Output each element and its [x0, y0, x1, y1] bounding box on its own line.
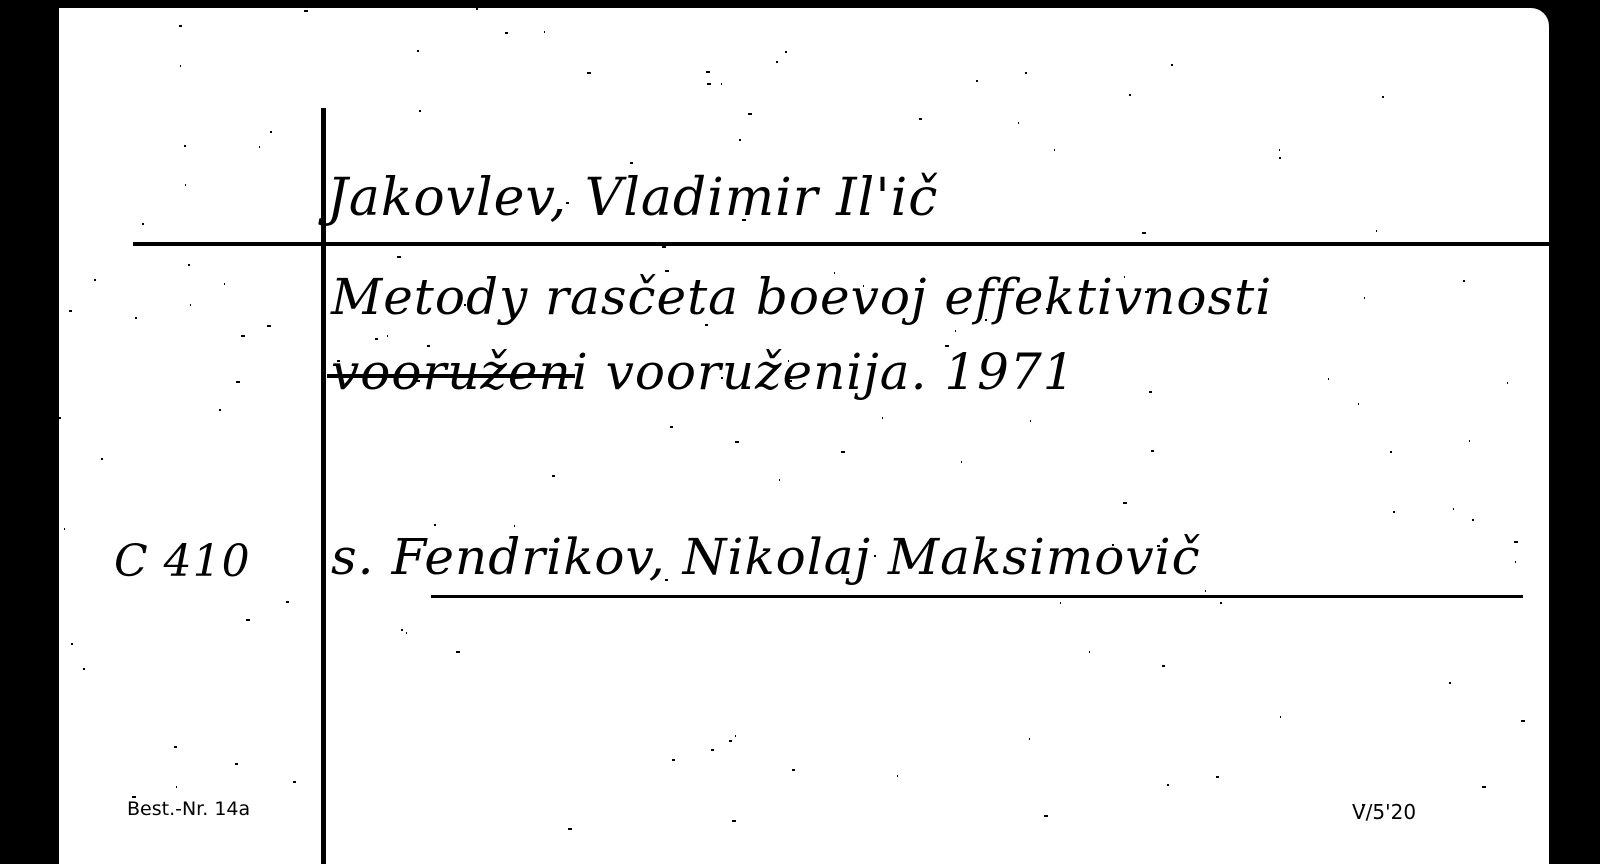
- speck: [241, 335, 245, 337]
- speck: [190, 304, 191, 306]
- speck: [1145, 291, 1149, 293]
- speck: [176, 786, 177, 788]
- speck: [776, 61, 778, 63]
- speck: [1279, 149, 1280, 151]
- speck: [1171, 64, 1173, 66]
- speck: [735, 735, 736, 737]
- speck: [387, 335, 388, 337]
- speck: [286, 601, 289, 603]
- speck: [224, 283, 225, 285]
- speck: [1205, 590, 1206, 592]
- catalog-card: Jakovlev, Vladimir Il'ič Metody rasčeta …: [59, 8, 1549, 864]
- speck: [706, 71, 710, 73]
- speck: [1376, 230, 1377, 232]
- speck: [59, 417, 61, 419]
- speck: [566, 202, 569, 204]
- speck: [1220, 602, 1222, 604]
- speck: [1142, 232, 1146, 234]
- speck: [897, 775, 898, 777]
- speck: [1507, 382, 1508, 384]
- speck: [841, 451, 845, 453]
- speck: [101, 458, 103, 460]
- speck: [71, 643, 73, 645]
- speck: [64, 528, 65, 530]
- speck: [721, 377, 723, 379]
- speck: [721, 83, 722, 85]
- speck: [711, 749, 714, 751]
- speck: [1124, 276, 1125, 278]
- speck: [434, 524, 436, 526]
- speck: [397, 256, 401, 258]
- speck: [417, 380, 420, 382]
- speck: [672, 759, 675, 761]
- speck: [464, 304, 466, 306]
- speck: [779, 479, 780, 481]
- speck: [782, 201, 785, 203]
- speck: [1089, 651, 1090, 653]
- speck: [514, 525, 515, 527]
- heading-horizontal-rule: [133, 242, 1549, 246]
- speck: [1472, 519, 1474, 521]
- speck: [476, 8, 478, 10]
- speck: [1364, 297, 1365, 299]
- speck: [670, 426, 673, 428]
- speck: [552, 475, 555, 477]
- speck: [1046, 243, 1047, 245]
- speck: [1044, 815, 1048, 817]
- speck: [1195, 303, 1197, 305]
- speck: [132, 796, 136, 798]
- speck: [665, 579, 668, 581]
- speck: [1149, 391, 1152, 393]
- speck: [792, 769, 795, 771]
- speck: [505, 32, 508, 34]
- speck: [1463, 280, 1465, 282]
- speck: [919, 118, 922, 120]
- speck: [707, 83, 711, 85]
- speck: [188, 264, 190, 266]
- call-number: C 410: [114, 536, 251, 587]
- speck: [729, 740, 732, 742]
- speck: [1025, 72, 1027, 74]
- speck: [270, 131, 272, 133]
- speck: [1151, 450, 1154, 452]
- speck: [513, 211, 516, 213]
- speck: [785, 51, 787, 53]
- speck: [427, 345, 430, 347]
- speck: [184, 145, 186, 147]
- speck: [69, 310, 72, 312]
- speck: [1060, 602, 1061, 604]
- speck: [219, 409, 221, 411]
- speck: [1449, 682, 1451, 684]
- speck: [739, 139, 741, 141]
- title-line-2: vooruženi vooruženija. 1971: [331, 343, 1076, 401]
- speck: [1469, 440, 1470, 442]
- speck: [882, 417, 883, 419]
- speck: [1358, 403, 1359, 405]
- speck: [135, 317, 137, 319]
- speck: [1280, 716, 1281, 718]
- speck: [1521, 720, 1525, 722]
- speck: [630, 162, 633, 164]
- speck: [568, 828, 572, 830]
- speck: [1328, 378, 1329, 380]
- speck: [1030, 420, 1031, 422]
- speck: [1362, 804, 1364, 806]
- speck: [185, 184, 186, 186]
- speck: [1216, 776, 1219, 778]
- speck: [834, 272, 835, 274]
- speck: [732, 820, 736, 822]
- speck: [1123, 502, 1127, 504]
- speck: [587, 72, 591, 74]
- speck: [142, 223, 144, 225]
- speck: [788, 360, 789, 362]
- speck: [1054, 149, 1055, 151]
- speck: [259, 146, 260, 148]
- speck: [1162, 665, 1165, 667]
- speck: [1018, 122, 1019, 124]
- speck: [1167, 784, 1169, 786]
- speck: [94, 279, 96, 281]
- speck: [1157, 545, 1160, 547]
- speck: [1112, 544, 1114, 546]
- speck: [406, 632, 407, 634]
- speck: [267, 325, 271, 327]
- see-reference: s. Fendrikov, Nikolaj Maksimovič: [331, 528, 1201, 586]
- speck: [544, 31, 545, 33]
- speck: [179, 25, 182, 27]
- margin-vertical-rule: [321, 108, 326, 864]
- author-heading: Jakovlev, Vladimir Il'ič: [327, 168, 938, 228]
- speck: [174, 746, 177, 748]
- speck: [1390, 451, 1392, 453]
- speck: [976, 80, 978, 82]
- speck: [293, 781, 296, 783]
- speck: [404, 572, 405, 574]
- see-reference-underline: [431, 595, 1523, 598]
- speck: [180, 65, 181, 67]
- speck: [304, 10, 308, 12]
- speck: [874, 555, 876, 557]
- speck: [896, 188, 899, 190]
- speck: [235, 763, 238, 765]
- speck: [985, 319, 987, 321]
- speck: [863, 285, 864, 287]
- speck: [1046, 308, 1049, 310]
- order-number: Best.-Nr. 14a: [127, 798, 250, 820]
- speck: [1129, 94, 1131, 96]
- speck: [375, 338, 378, 340]
- speck: [401, 629, 403, 631]
- speck: [246, 619, 250, 621]
- speck: [705, 324, 708, 326]
- speck: [419, 110, 421, 112]
- speck: [789, 380, 792, 382]
- speck: [83, 668, 85, 670]
- speck: [1279, 157, 1281, 159]
- speck: [1514, 541, 1518, 543]
- speck: [1482, 786, 1486, 788]
- speck: [1393, 511, 1395, 513]
- speck: [735, 441, 739, 443]
- speck: [961, 461, 962, 463]
- speck: [1029, 738, 1030, 740]
- speck: [945, 345, 949, 347]
- speck: [1515, 561, 1516, 563]
- speck: [1453, 508, 1454, 510]
- speck: [1382, 96, 1384, 98]
- speck: [236, 381, 240, 383]
- speck: [662, 246, 666, 248]
- speck: [748, 113, 752, 115]
- speck: [417, 50, 419, 52]
- speck: [787, 376, 791, 378]
- title-line-1: Metody rasčeta boevoj effektivnosti: [331, 268, 1272, 326]
- speck: [665, 270, 669, 272]
- speck: [955, 330, 956, 332]
- speck: [456, 651, 460, 653]
- speck: [337, 360, 340, 362]
- speck: [742, 219, 746, 221]
